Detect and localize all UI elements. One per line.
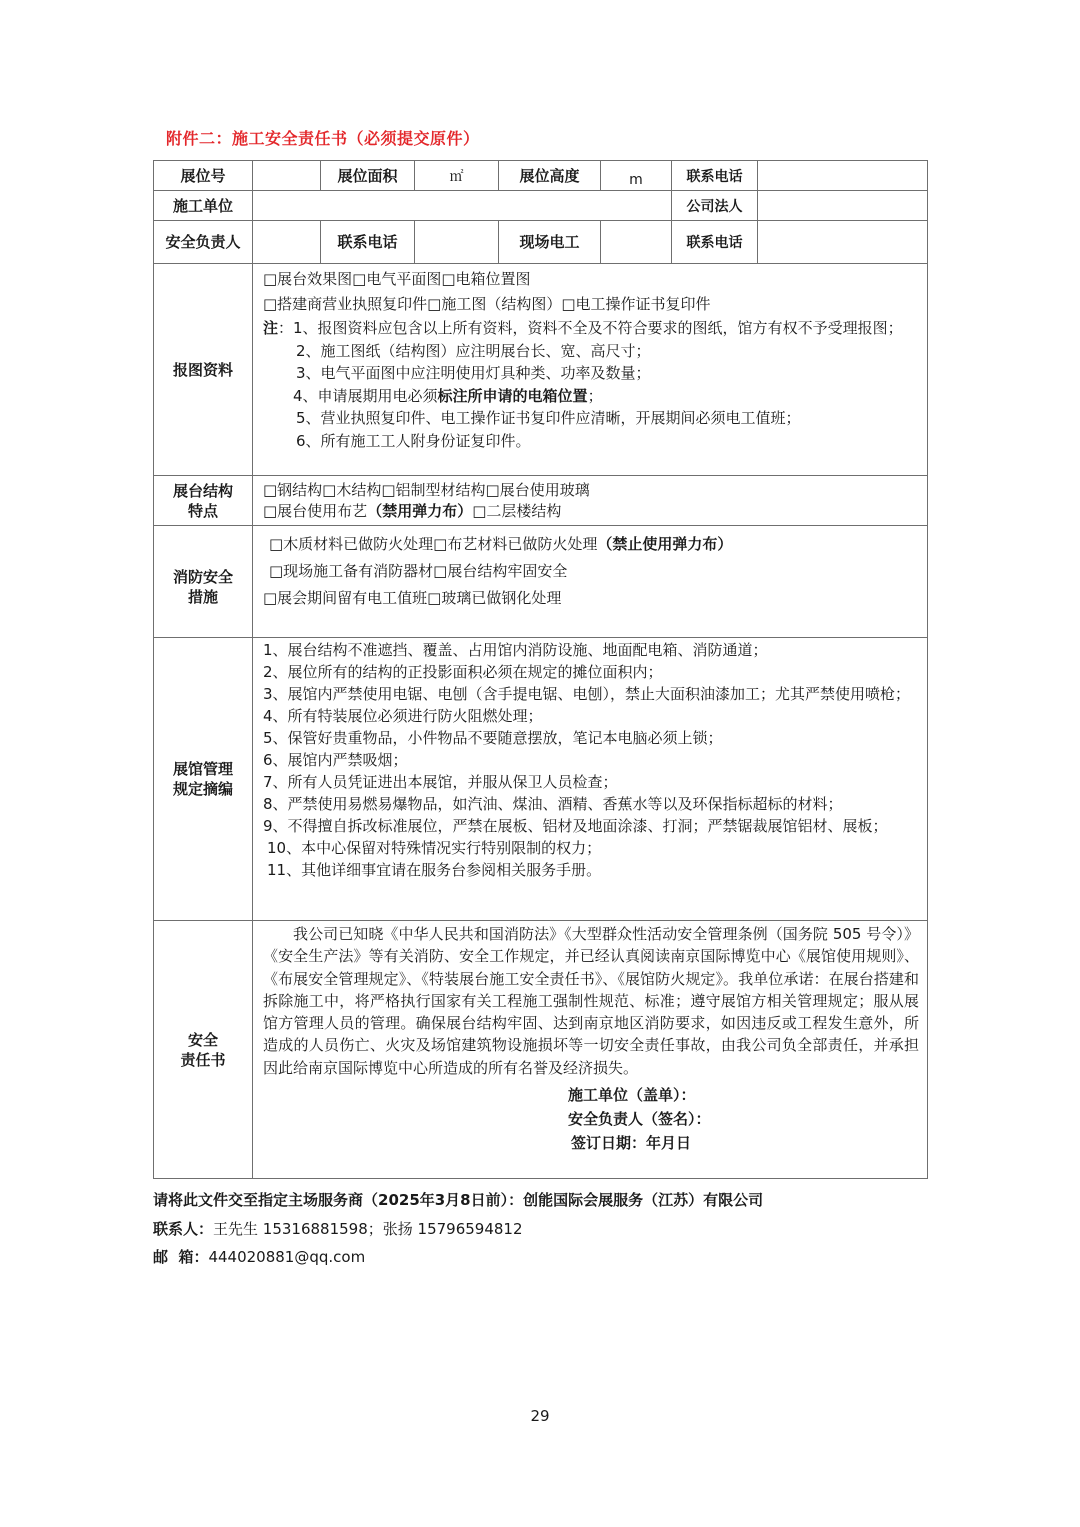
safety-responsibility-form: 展位号 展位面积 ㎡ 展位高度 m 联系电话 施工单位 公司法人 安全负责人 联… xyxy=(153,160,928,1179)
structure-label: 展台结构特点 xyxy=(154,476,253,526)
phone-field-3[interactable] xyxy=(758,221,928,264)
drawings-note-2: 2、施工图纸（结构图）应注明展台长、宽、高尺寸； xyxy=(263,340,919,363)
booth-height-field[interactable]: m xyxy=(601,161,672,191)
row-booth-info: 展位号 展位面积 ㎡ 展位高度 m 联系电话 xyxy=(154,161,928,191)
fire-safety-content: □木质材料已做防火处理□布艺材料已做防火处理（禁止使用弹力布） □现场施工备有消… xyxy=(253,526,928,638)
sign-safety-person[interactable]: 安全负责人（签名）： xyxy=(263,1107,919,1131)
rule-item: 5、保管好贵重物品，小件物品不要随意摆放，笔记本电脑必须上锁； xyxy=(263,727,919,749)
drawings-note-5: 5、营业执照复印件、电工操作证书复印件应清晰，开展期间必须电工值班； xyxy=(263,407,919,430)
structure-checkbox-line-1[interactable]: □钢结构□木结构□铝制型材结构□展台使用玻璃 xyxy=(263,480,919,501)
rule-item: 11、其他详细事宜请在服务台参阅相关服务手册。 xyxy=(263,859,919,881)
rule-item: 8、严禁使用易燃易爆物品，如汽油、煤油、酒精、香蕉水等以及环保指标超标的材料； xyxy=(263,793,919,815)
booth-no-label: 展位号 xyxy=(154,161,253,191)
phone-field-2[interactable] xyxy=(415,221,499,264)
drawings-note-3: 3、电气平面图中应注明使用灯具种类、功率及数量； xyxy=(263,362,919,385)
drawings-note-1: 注：1、报图资料应包含以上所有资料，资料不全及不符合要求的图纸，馆方有权不予受理… xyxy=(263,317,919,340)
drawings-label: 报图资料 xyxy=(154,264,253,476)
structure-content: □钢结构□木结构□铝制型材结构□展台使用玻璃 □展台使用布艺（禁用弹力布）□二层… xyxy=(253,476,928,526)
rules-content: 1、展台结构不准遮挡、覆盖、占用馆内消防设施、地面配电箱、消防通道； 2、展位所… xyxy=(253,638,928,921)
phone-field-1[interactable] xyxy=(758,161,928,191)
phone-label-1: 联系电话 xyxy=(672,161,758,191)
fire-checkbox-line-3[interactable]: □展会期间留有电工值班□玻璃已做钢化处理 xyxy=(263,585,919,612)
phone-label-3: 联系电话 xyxy=(672,221,758,264)
contact-line: 联系人：王先生 15316881598；张扬 15796594812 xyxy=(153,1215,763,1244)
drawings-note-4: 4、申请展期用电必须标注所申请的电箱位置； xyxy=(263,385,919,408)
booth-area-field[interactable]: ㎡ xyxy=(415,161,499,191)
drawings-checkbox-line-2[interactable]: □搭建商营业执照复印件□施工图（结构图）□电工操作证书复印件 xyxy=(263,292,919,317)
drawings-checkbox-line-1[interactable]: □展台效果图□电气平面图□电箱位置图 xyxy=(263,266,919,292)
drawings-note-6: 6、所有施工工人附身份证复印件。 xyxy=(263,430,919,453)
booth-no-field[interactable] xyxy=(253,161,321,191)
rule-item: 4、所有特装展位必须进行防火阻燃处理； xyxy=(263,705,919,727)
rule-item: 9、不得擅自拆改标准展位，严禁在展板、铝材及地面涂漆、打洞；严禁锯裁展馆铝材、展… xyxy=(263,815,919,837)
legal-person-label: 公司法人 xyxy=(672,191,758,221)
contractor-label: 施工单位 xyxy=(154,191,253,221)
row-contractor: 施工单位 公司法人 xyxy=(154,191,928,221)
rule-item: 7、所有人员凭证进出本展馆，并服从保卫人员检查； xyxy=(263,771,919,793)
rules-label: 展馆管理规定摘编 xyxy=(154,638,253,921)
row-safety-person: 安全负责人 联系电话 现场电工 联系电话 xyxy=(154,221,928,264)
fire-safety-label: 消防安全措施 xyxy=(154,526,253,638)
safety-person-field[interactable] xyxy=(253,221,321,264)
responsibility-paragraph: 我公司已知晓《中华人民共和国消防法》《大型群众性活动安全管理条例（国务院 505… xyxy=(263,923,919,1079)
fire-checkbox-line-2[interactable]: □现场施工备有消防器材□展台结构牢固安全 xyxy=(263,558,919,585)
rule-item: 3、展馆内严禁使用电锯、电刨（含手提电锯、电刨），禁止大面积油漆加工；尤其严禁使… xyxy=(263,683,919,705)
booth-height-label: 展位高度 xyxy=(499,161,601,191)
contractor-field[interactable] xyxy=(253,191,672,221)
submission-info: 请将此文件交至指定主场服务商（2025年3月8日前）：创能国际会展服务（江苏）有… xyxy=(153,1186,763,1272)
row-responsibility: 安全责任书 我公司已知晓《中华人民共和国消防法》《大型群众性活动安全管理条例（国… xyxy=(154,921,928,1179)
email-link[interactable]: 444020881@qq.com xyxy=(208,1248,365,1266)
document-title: 附件二：施工安全责任书（必须提交原件） xyxy=(166,126,480,149)
sign-contractor[interactable]: 施工单位（盖单）： xyxy=(263,1083,919,1107)
safety-person-label: 安全负责人 xyxy=(154,221,253,264)
submission-line: 请将此文件交至指定主场服务商（2025年3月8日前）：创能国际会展服务（江苏）有… xyxy=(153,1186,763,1215)
booth-area-label: 展位面积 xyxy=(321,161,415,191)
rule-item: 2、展位所有的结构的正投影面积必须在规定的摊位面积内； xyxy=(263,661,919,683)
page-number: 29 xyxy=(0,1407,1080,1425)
phone-label-2: 联系电话 xyxy=(321,221,415,264)
rule-item: 6、展馆内严禁吸烟； xyxy=(263,749,919,771)
responsibility-label: 安全责任书 xyxy=(154,921,253,1179)
electrician-label: 现场电工 xyxy=(499,221,601,264)
rule-item: 1、展台结构不准遮挡、覆盖、占用馆内消防设施、地面配电箱、消防通道； xyxy=(263,639,919,661)
structure-checkbox-line-2[interactable]: □展台使用布艺（禁用弹力布）□二层楼结构 xyxy=(263,501,919,522)
fire-checkbox-line-1[interactable]: □木质材料已做防火处理□布艺材料已做防火处理（禁止使用弹力布） xyxy=(263,531,919,558)
row-structure: 展台结构特点 □钢结构□木结构□铝制型材结构□展台使用玻璃 □展台使用布艺（禁用… xyxy=(154,476,928,526)
drawings-content: □展台效果图□电气平面图□电箱位置图 □搭建商营业执照复印件□施工图（结构图）□… xyxy=(253,264,928,476)
rule-item: 10、本中心保留对特殊情况实行特别限制的权力； xyxy=(263,837,919,859)
row-fire-safety: 消防安全措施 □木质材料已做防火处理□布艺材料已做防火处理（禁止使用弹力布） □… xyxy=(154,526,928,638)
sign-date[interactable]: 签订日期：年月日 xyxy=(263,1131,919,1155)
electrician-field[interactable] xyxy=(601,221,672,264)
email-line: 邮 箱：444020881@qq.com xyxy=(153,1243,763,1272)
row-drawings: 报图资料 □展台效果图□电气平面图□电箱位置图 □搭建商营业执照复印件□施工图（… xyxy=(154,264,928,476)
height-unit: m xyxy=(629,172,643,188)
responsibility-content: 我公司已知晓《中华人民共和国消防法》《大型群众性活动安全管理条例（国务院 505… xyxy=(253,921,928,1179)
legal-person-field[interactable] xyxy=(758,191,928,221)
row-rules: 展馆管理规定摘编 1、展台结构不准遮挡、覆盖、占用馆内消防设施、地面配电箱、消防… xyxy=(154,638,928,921)
area-unit: ㎡ xyxy=(450,169,464,185)
